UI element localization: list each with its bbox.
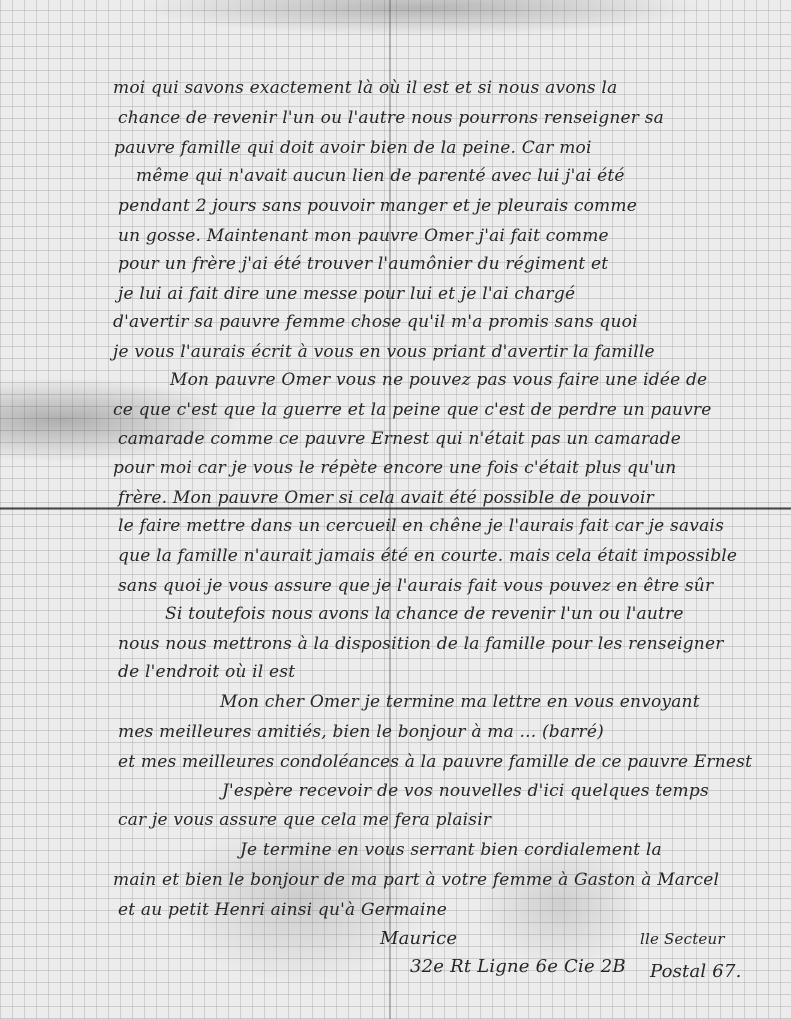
letter-page: moi qui savons exactement là où il est e… <box>0 0 791 1019</box>
letter-line: J'espère recevoir de vos nouvelles d'ici… <box>222 781 709 801</box>
letter-line: Si toutefois nous avons la chance de rev… <box>165 604 684 624</box>
letter-line: je vous l'aurais écrit à vous en vous pr… <box>113 342 655 362</box>
letter-line: et mes meilleures condoléances à la pauv… <box>118 752 752 772</box>
military-address-unit: 32e Rt Ligne 6e Cie 2B <box>410 956 626 977</box>
letter-line: camarade comme ce pauvre Ernest qui n'ét… <box>118 429 681 449</box>
letter-line: pendant 2 jours sans pouvoir manger et j… <box>118 196 637 216</box>
military-address-postal: Postal 67. <box>650 961 742 982</box>
letter-line: de l'endroit où il est <box>118 662 295 682</box>
letter-line: Je termine en vous serrant bien cordiale… <box>240 840 662 860</box>
letter-line: même qui n'avait aucun lien de parenté a… <box>136 166 625 186</box>
letter-line: ce que c'est que la guerre et la peine q… <box>113 400 712 420</box>
letter-line: que la famille n'aurait jamais été en co… <box>118 546 737 566</box>
letter-line: moi qui savons exactement là où il est e… <box>113 78 617 98</box>
letter-line: car je vous assure que cela me fera plai… <box>118 810 491 830</box>
letter-line: sans quoi je vous assure que je l'aurais… <box>118 576 713 596</box>
letter-line: Mon cher Omer je termine ma lettre en vo… <box>220 692 700 712</box>
letter-line: le faire mettre dans un cercueil en chên… <box>118 516 724 536</box>
letter-line: pour un frère j'ai été trouver l'aumônie… <box>118 254 608 274</box>
letter-line: d'avertir sa pauvre femme chose qu'il m'… <box>113 312 638 332</box>
letter-line: un gosse. Maintenant mon pauvre Omer j'a… <box>118 226 609 246</box>
letter-line: main et bien le bonjour de ma part à vot… <box>113 870 719 890</box>
letter-line: chance de revenir l'un ou l'autre nous p… <box>118 108 664 128</box>
signature: Maurice <box>380 928 457 949</box>
letter-line: je lui ai fait dire une messe pour lui e… <box>118 284 575 304</box>
letter-line: frère. Mon pauvre Omer si cela avait été… <box>118 488 654 508</box>
letter-line: Mon pauvre Omer vous ne pouvez pas vous … <box>170 370 707 390</box>
letter-line: et au petit Henri ainsi qu'à Germaine <box>118 900 447 920</box>
letter-line: pour moi car je vous le répète encore un… <box>113 458 676 478</box>
military-address-sector: lle Secteur <box>640 930 725 948</box>
letter-line: pauvre famille qui doit avoir bien de la… <box>114 138 592 158</box>
letter-line: nous nous mettrons à la disposition de l… <box>118 634 724 654</box>
letter-line: mes meilleures amitiés, bien le bonjour … <box>118 722 604 742</box>
